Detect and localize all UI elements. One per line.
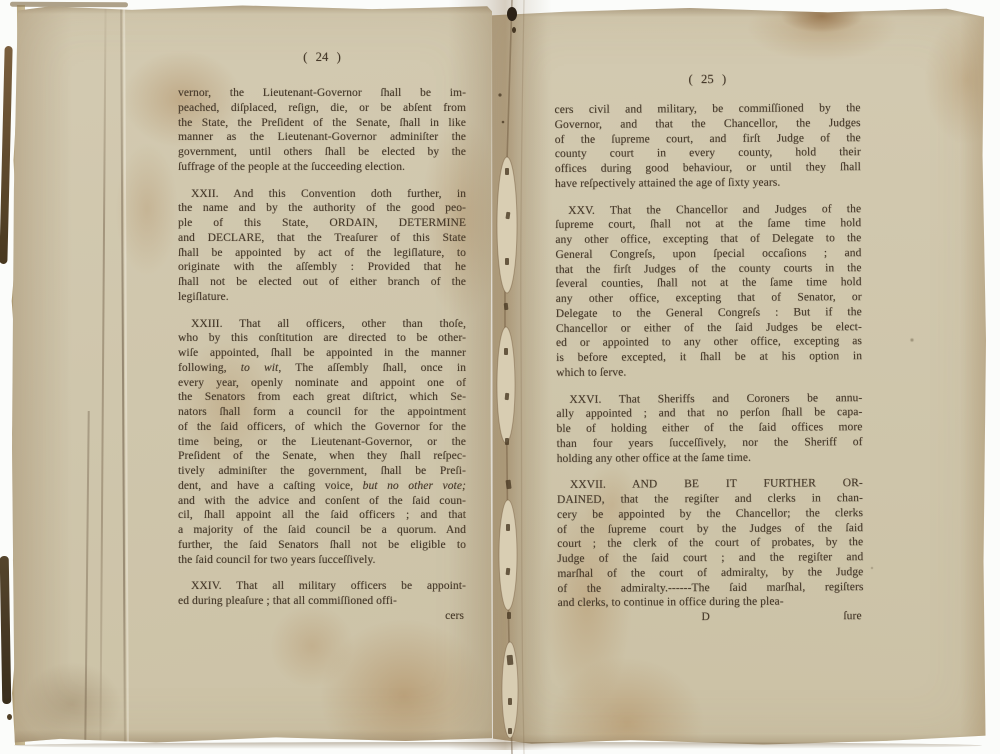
- text-line: wiſe appointed, ſhall be appointed in th…: [178, 346, 466, 361]
- text-line: the Senators from each great diſtrict, w…: [178, 390, 466, 405]
- text-line: XXIV. That all military officers be appo…: [178, 579, 466, 594]
- fold-crease-highlight: [123, 4, 129, 744]
- text-line: legiſlature.: [178, 290, 466, 305]
- right-page: ( 25 ) cers civil and military, be commi…: [492, 8, 986, 746]
- text-line: cil, ſhall appoint all the ſaid officers…: [178, 508, 466, 523]
- text-line: XXII. And this Convention doth further, …: [178, 187, 466, 202]
- text-line: who by this conſtitution are directed to…: [178, 331, 466, 346]
- text-line: of the ſaid officers, of which the Gover…: [178, 420, 466, 435]
- text-line: DAINED, that the regiſter and clerks in …: [557, 491, 863, 508]
- text-line: Preſident of the Senate, when they ſhall…: [178, 449, 466, 464]
- text-line: tively adminiſter the government, ſhall …: [178, 464, 466, 479]
- text-line: is before excepted, it ſhall be at his o…: [556, 349, 862, 366]
- left-page: ( 24 ) vernor, the Lieutenant-Governor ſ…: [12, 4, 492, 744]
- text-line: cers civil and military, be commiſſioned…: [554, 101, 860, 118]
- edge-speck: [4, 690, 10, 699]
- text-line: nators ſhall form a council for the appo…: [178, 405, 466, 420]
- text-line: cery be appointed by the Chancellor; the…: [557, 506, 863, 523]
- signature-line: D ſure: [558, 609, 864, 626]
- text-line: peached, diſplaced, reſign, die, or be a…: [178, 101, 466, 116]
- paragraph: vernor, the Lieutenant-Governor ſhall be…: [178, 86, 466, 175]
- paragraph: XXII. And this Convention doth further, …: [178, 187, 466, 305]
- text-line: dent, and have a caſting voice, but no o…: [178, 479, 466, 494]
- paragraph: XXV. That the Chancellor and Judges of t…: [555, 202, 862, 381]
- book-bottom-shadow: [14, 742, 982, 749]
- text-line: which to ſerve.: [556, 364, 862, 381]
- text-line: Governor, and that the Chancellor, the J…: [555, 116, 861, 133]
- page-number-left: ( 24 ): [178, 50, 466, 66]
- fold-crease: [84, 411, 89, 744]
- paragraph: XXIV. That all military officers be appo…: [178, 579, 466, 609]
- right-page-paragraphs: cers civil and military, be commiſſioned…: [554, 101, 863, 611]
- paragraph: XXVI. That Sheriffs and Coroners be annu…: [556, 391, 862, 467]
- text-line: Delegate to the General Congreſs : But i…: [556, 305, 862, 322]
- text-line: following, to wit, The aſſembly ſhall, o…: [178, 361, 466, 376]
- edge-speck: [7, 714, 12, 720]
- text-line: the ſaid council for two years ſucceſſiv…: [178, 553, 466, 568]
- left-page-paragraphs: vernor, the Lieutenant-Governor ſhall be…: [178, 86, 466, 609]
- text-line: have reſpectively attained the age of ſi…: [555, 175, 861, 192]
- text-line: ple of this State, ORDAIN, DETERMINE: [178, 216, 466, 231]
- text-line: the State, the Preſident of the Senate, …: [178, 116, 466, 131]
- text-line: of the admiralty.------The ſaid marſhal,…: [557, 580, 863, 597]
- text-line: time being, or the Lieutenant-Governor, …: [178, 435, 466, 450]
- fold-crease: [99, 4, 106, 744]
- paragraph: XXVII. AND BE IT FURTHER OR-DAINED, that…: [557, 476, 864, 611]
- text-line: any other office, excepting that of Sena…: [556, 290, 862, 307]
- dark-page-edge-sliver: [0, 46, 13, 264]
- fold-crease: [120, 4, 126, 744]
- text-line: General Congreſs, upon ſpecial occaſions…: [555, 246, 861, 263]
- text-line: ſhall be appointed by act of the legiſla…: [178, 246, 466, 261]
- paragraph: XXIII. That all officers, other than tho…: [178, 317, 466, 568]
- text-line: holding any other office at the ſame tim…: [557, 450, 863, 467]
- text-line: government, until others ſhall be electe…: [178, 145, 466, 160]
- catchword-left: cers: [178, 609, 466, 624]
- text-line: manner as the Lieutenant-Governor admini…: [178, 130, 466, 145]
- text-line: ed during pleaſure ; that all commiſſion…: [178, 594, 466, 609]
- dark-page-edge-sliver: [0, 556, 11, 704]
- text-line: originate with the aſſembly : Provided t…: [178, 260, 466, 275]
- right-page-text-column: ( 25 ) cers civil and military, be commi…: [554, 71, 863, 626]
- text-line: further, the ſaid Senators ſhall not be …: [178, 538, 466, 553]
- text-line: every year, openly nominate and appoint …: [178, 376, 466, 391]
- text-line: ble of holding either of the ſaid office…: [556, 420, 862, 437]
- text-line: ſhall not be elected out of either branc…: [178, 275, 466, 290]
- signature-mark: D: [701, 610, 709, 625]
- catchword-right: ſure: [843, 609, 861, 624]
- text-line: marſhal of the court of admiralty, by th…: [557, 565, 863, 582]
- scanned-book-spread: ( 24 ) vernor, the Lieutenant-Governor ſ…: [0, 0, 1000, 754]
- text-line: vernor, the Lieutenant-Governor ſhall be…: [178, 86, 466, 101]
- text-line: XXIII. That all officers, other than tho…: [178, 317, 466, 332]
- text-line: than four years ſucceſſively, nor the Sh…: [557, 435, 863, 452]
- text-line: the name and by the authority of the goo…: [178, 201, 466, 216]
- text-line: Judge of the ſaid court ; and the regiſt…: [557, 550, 863, 567]
- paragraph: cers civil and military, be commiſſioned…: [554, 101, 861, 191]
- book-top-edge: [10, 2, 128, 8]
- left-page-text-column: ( 24 ) vernor, the Lieutenant-Governor ſ…: [178, 50, 466, 624]
- text-line: ſuffrage of the people at the ſucceeding…: [178, 160, 466, 175]
- page-number-right: ( 25 ): [554, 71, 860, 89]
- text-line: offices during good behaviour, or until …: [555, 160, 861, 177]
- text-line: any other office, excepting that of Dele…: [555, 231, 861, 248]
- text-line: and with the advice and conſent of the ſ…: [178, 494, 466, 509]
- text-line: and DECLARE, that the Treaſurer of this …: [178, 231, 466, 246]
- text-line: a majority of the ſaid council be a quor…: [178, 523, 466, 538]
